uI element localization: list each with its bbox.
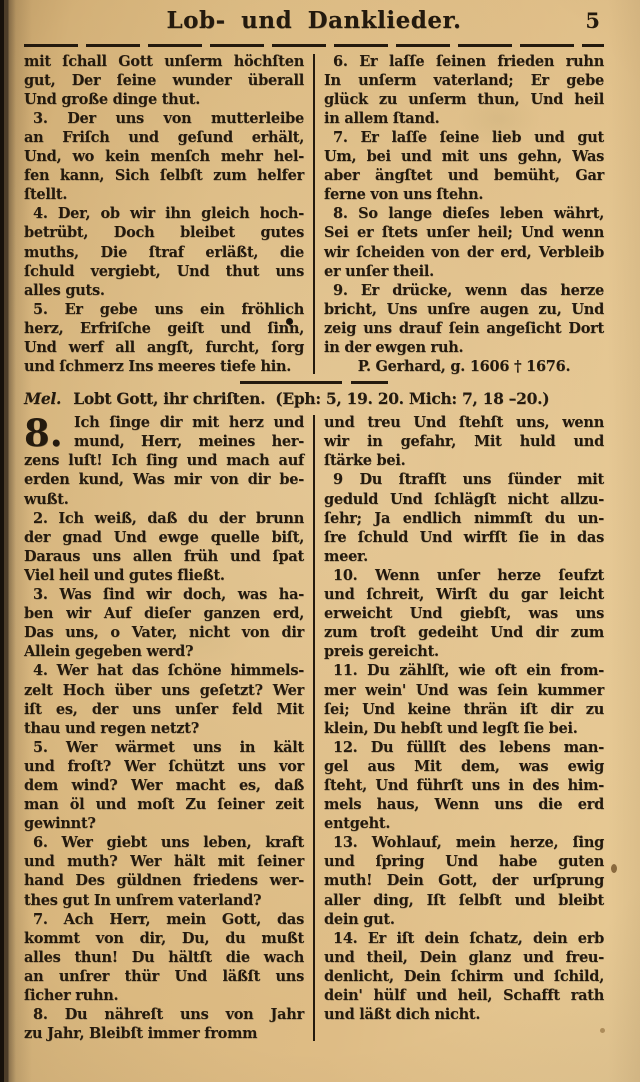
text-line: kommt von dir, Du, du mußt <box>24 929 304 948</box>
text-line: und froſt? Wer ſchützt uns vor <box>24 757 304 776</box>
text-line: thau und regen netzt? <box>24 719 304 738</box>
text-line: 8. Du nähreſt uns von Jahr <box>24 1005 304 1024</box>
text-line: betrübt, Doch bleibet gutes <box>24 223 304 242</box>
text-line: und ſpring Und habe guten <box>324 852 604 871</box>
text-line: alles guts. <box>24 281 304 300</box>
verse-paragraph: 14. Er iſt dein ſchatz, dein erbund thei… <box>324 929 604 1024</box>
text-line: 7. Ach Herr, mein Gott, das <box>24 910 304 929</box>
text-line: muth! Dein Gott, der urſprung <box>324 871 604 890</box>
text-line: Und, wo kein menſch mehr hel- <box>24 147 304 166</box>
text-line: in allem ſtand. <box>324 109 604 128</box>
text-line: meer. <box>324 547 604 566</box>
verse-paragraph: 4. Wer hat das ſchöne himmels-zelt Hoch … <box>24 661 304 737</box>
text-line: 3. Der uns von mutterleibe <box>24 109 304 128</box>
text-line: Und große dinge thut. <box>24 90 304 109</box>
text-line: und ſchreit, Wirſt du gar leicht <box>324 585 604 604</box>
text-line: entgeht. <box>324 814 604 833</box>
verse-paragraph: 12. Du füllſt des lebens man-gel aus Mit… <box>324 738 604 833</box>
verse-paragraph: 13. Wohlauf, mein herze, ſingund ſpring … <box>324 833 604 928</box>
text-line: erden kund, Was mir von dir be- <box>24 470 304 489</box>
text-line: wir in gefahr, Mit huld und <box>324 432 604 451</box>
text-line: dein gut. <box>324 910 604 929</box>
hymn-continuation-section: mit ſchall Gott unſerm höchſtengut, Der … <box>24 52 604 377</box>
author-attribution: P. Gerhard, g. 1606 † 1676. <box>324 357 604 376</box>
song-divider-rule <box>24 377 604 388</box>
melody-label: Mel. <box>24 389 61 408</box>
text-line: aber ängſtet und bemüht, Gar <box>324 166 604 185</box>
verse-paragraph: und treu Und ſtehſt uns, wennwir in gefa… <box>324 413 604 470</box>
verse-paragraph: 9. Er drücke, wenn das herzebricht, Uns … <box>324 281 604 357</box>
verse-paragraph: 3. Was ſind wir doch, was ha-ben wir Auf… <box>24 585 304 661</box>
right-column: und treu Und ſtehſt uns, wennwir in gefa… <box>324 413 604 1043</box>
text-line: und läßt dich nicht. <box>324 1005 604 1024</box>
text-line: 14. Er iſt dein ſchatz, dein erb <box>324 929 604 948</box>
text-line: ſre ſchuld Und wirfſt ſie in das <box>324 528 604 547</box>
text-line: Und werf all angſt, furcht, ſorg <box>24 338 304 357</box>
text-line: 11. Du zählſt, wie oft ein from- <box>324 661 604 680</box>
verse-paragraph: 4. Der, ob wir ihn gleich hoch-betrübt, … <box>24 204 304 299</box>
text-line: und ſchmerz Ins meeres tiefe hin. <box>24 357 304 376</box>
right-column: 6. Er laſſe ſeinen frieden ruhnIn unſerm… <box>324 52 604 377</box>
scripture-references: (Eph: 5, 19. 20. Mich: 7, 18 –20.) <box>275 389 549 408</box>
text-line: gel aus Mit dem, was ewig <box>324 757 604 776</box>
paper-stain <box>600 1028 605 1033</box>
text-line: 7. Er laſſe ſeine lieb und gut <box>324 128 604 147</box>
text-line: ſicher ruhn. <box>24 986 304 1005</box>
left-column: 8.Ich ſinge dir mit herz undmund, Herr, … <box>24 413 304 1043</box>
text-line: 12. Du füllſt des lebens man- <box>324 738 604 757</box>
verse-paragraph: 7. Ach Herr, mein Gott, daskommt von dir… <box>24 910 304 1005</box>
verse-paragraph: 5. Er gebe uns ein fröhlichherz, Erfriſc… <box>24 300 304 376</box>
text-line: 13. Wohlauf, mein herze, ſing <box>324 833 604 852</box>
text-line: 5. Wer wärmet uns in kält <box>24 738 304 757</box>
text-line: Um, bei und mit uns gehn, Was <box>324 147 604 166</box>
verse-paragraph: 5. Wer wärmet uns in kältund froſt? Wer … <box>24 738 304 833</box>
text-line: zu Jahr, Bleibſt immer fromm <box>24 1024 304 1043</box>
page-content: Lob- und Danklieder. 5 mit ſchall Gott u… <box>0 0 640 1043</box>
text-line: und muth? Wer hält mit ſeiner <box>24 852 304 871</box>
text-line: P. Gerhard, g. 1606 † 1676. <box>324 357 604 376</box>
text-line: 4. Wer hat das ſchöne himmels- <box>24 661 304 680</box>
text-line: ſei; Und keine thrän iſt dir zu <box>324 700 604 719</box>
verse-paragraph: 2. Ich weiß, daß du der brunnder gnad Un… <box>24 509 304 585</box>
text-line: der gnad Und ewge quelle biſt, <box>24 528 304 547</box>
text-line: ſehr; Ja endlich nimmſt du un- <box>324 509 604 528</box>
text-line: iſt es, der uns unſer feld Mit <box>24 700 304 719</box>
text-line: ſchuld vergiebt, Und thut uns <box>24 262 304 281</box>
verse-paragraph: 3. Der uns von mutterleibean Friſch und … <box>24 109 304 204</box>
text-line: denlicht, Dein ſchirm und ſchild, <box>324 967 604 986</box>
text-line: mels haus, Wenn uns die erd <box>324 795 604 814</box>
text-line: mer wein' Und was ſein kummer <box>324 681 604 700</box>
text-line: zum troſt gedeiht Und dir zum <box>324 623 604 642</box>
text-line: In unſerm vaterland; Er gebe <box>324 71 604 90</box>
text-line: 5. Er gebe uns ein fröhlich <box>24 300 304 319</box>
text-line: man öl und moſt Zu ſeiner zeit <box>24 795 304 814</box>
text-line: ſtellt. <box>24 185 304 204</box>
text-line: bricht, Uns unſre augen zu, Und <box>324 300 604 319</box>
text-line: ſteht, Und führſt uns in des him- <box>324 776 604 795</box>
text-line: Viel heil und gutes fließt. <box>24 566 304 585</box>
text-line: zens luſt! Ich ſing und mach auf <box>24 451 304 470</box>
text-line: an unſrer thür Und läßſt uns <box>24 967 304 986</box>
divider-segment-long <box>240 381 342 384</box>
text-line: erweicht Und giebſt, was uns <box>324 604 604 623</box>
text-line: 4. Der, ob wir ihn gleich hoch- <box>24 204 304 223</box>
text-line: 6. Wer giebt uns leben, kraft <box>24 833 304 852</box>
hymnal-page-scan: Lob- und Danklieder. 5 mit ſchall Gott u… <box>0 0 640 1082</box>
text-line: Daraus uns allen früh und ſpat <box>24 547 304 566</box>
text-line: dem wind? Wer macht es, daß <box>24 776 304 795</box>
ink-blot <box>286 318 293 325</box>
text-line: thes gut In unſrem vaterland? <box>24 891 304 910</box>
divider-segment-short <box>351 381 388 384</box>
text-line: geduld Und ſchlägſt nicht allzu- <box>324 490 604 509</box>
text-line: preis gereicht. <box>324 642 604 661</box>
header-rule <box>24 44 604 47</box>
verse-paragraph: 10. Wenn unſer herze ſeufztund ſchreit, … <box>324 566 604 661</box>
text-line: klein, Du hebſt und legſt ſie bei. <box>324 719 604 738</box>
text-line: muths, Die ſtraf erläßt, die <box>24 243 304 262</box>
verse-paragraph: 11. Du zählſt, wie oft ein from-mer wein… <box>324 661 604 737</box>
verse-paragraph: 8.Ich ſinge dir mit herz undmund, Herr, … <box>24 413 304 508</box>
text-line: zelt Hoch über uns geſetzt? Wer <box>24 681 304 700</box>
text-line: ferne von uns ſtehn. <box>324 185 604 204</box>
verse-paragraph: mit ſchall Gott unſerm höchſtengut, Der … <box>24 52 304 109</box>
verse-paragraph: 6. Wer giebt uns leben, kraftund muth? W… <box>24 833 304 909</box>
left-column: mit ſchall Gott unſerm höchſtengut, Der … <box>24 52 304 377</box>
paper-stain <box>611 864 617 873</box>
text-line: Allein gegeben werd? <box>24 642 304 661</box>
text-line: fen kann, Sich ſelbſt zum helfer <box>24 166 304 185</box>
text-line: 10. Wenn unſer herze ſeufzt <box>324 566 604 585</box>
page-number: 5 <box>585 8 600 33</box>
text-line: herz, Erfriſche geiſt und ſinn, <box>24 319 304 338</box>
text-line: ſtärke bei. <box>324 451 604 470</box>
text-line: und theil, Dein glanz und freu- <box>324 948 604 967</box>
text-line: Das uns, o Vater, nicht von dir <box>24 623 304 642</box>
page-header: Lob- und Danklieder. 5 <box>24 6 604 42</box>
text-line: er unſer theil. <box>324 262 604 281</box>
text-line: Sei er ſtets unſer heil; Und wenn <box>324 223 604 242</box>
text-line: alles thun! Du hältſt die wach <box>24 948 304 967</box>
melody-heading: Mel. Lobt Gott, ihr chriſten. (Eph: 5, 1… <box>24 388 604 410</box>
verse-paragraph: 8. Du nähreſt uns von Jahrzu Jahr, Bleib… <box>24 1005 304 1043</box>
text-line: wußt. <box>24 490 304 509</box>
text-line: an Friſch und geſund erhält, <box>24 128 304 147</box>
hymn-number-dropcap: 8. <box>24 415 70 451</box>
text-line: glück zu unſerm thun, Und heil <box>324 90 604 109</box>
verse-paragraph: 8. So lange dieſes leben währt,Sei er ſt… <box>324 204 604 280</box>
verse-paragraph: 7. Er laſſe ſeine lieb und gutUm, bei un… <box>324 128 604 204</box>
text-line: gut, Der ſeine wunder überall <box>24 71 304 90</box>
text-line: aller ding, Iſt ſelbſt und bleibt <box>324 891 604 910</box>
text-line: 8. So lange dieſes leben währt, <box>324 204 604 223</box>
hymn-8-section: 8.Ich ſinge dir mit herz undmund, Herr, … <box>24 413 604 1043</box>
text-line: 9 Du ſtrafſt uns ſünder mit <box>324 470 604 489</box>
text-line: und treu Und ſtehſt uns, wenn <box>324 413 604 432</box>
melody-title: Lobt Gott, ihr chriſten. <box>73 389 265 408</box>
text-line: hand Des güldnen friedens wer- <box>24 871 304 890</box>
book-gutter-shadow <box>0 0 16 1082</box>
text-line: gewinnt? <box>24 814 304 833</box>
text-line: wir ſcheiden von der erd, Verbleib <box>324 243 604 262</box>
text-line: 2. Ich weiß, daß du der brunn <box>24 509 304 528</box>
verse-paragraph: 9 Du ſtrafſt uns ſünder mitgeduld Und ſc… <box>324 470 604 565</box>
text-line: dein' hülf und heil, Schafft rath <box>324 986 604 1005</box>
text-line: 3. Was ſind wir doch, was ha- <box>24 585 304 604</box>
verse-paragraph: 6. Er laſſe ſeinen frieden ruhnIn unſerm… <box>324 52 604 128</box>
section-title: Lob- und Danklieder. <box>24 6 604 36</box>
text-line: mit ſchall Gott unſerm höchſten <box>24 52 304 71</box>
text-line: 6. Er laſſe ſeinen frieden ruhn <box>324 52 604 71</box>
text-line: in der ewgen ruh. <box>324 338 604 357</box>
text-line: 9. Er drücke, wenn das herze <box>324 281 604 300</box>
text-line: zeig uns drauf ſein angeſicht Dort <box>324 319 604 338</box>
text-line: ben wir Auf dieſer ganzen erd, <box>24 604 304 623</box>
